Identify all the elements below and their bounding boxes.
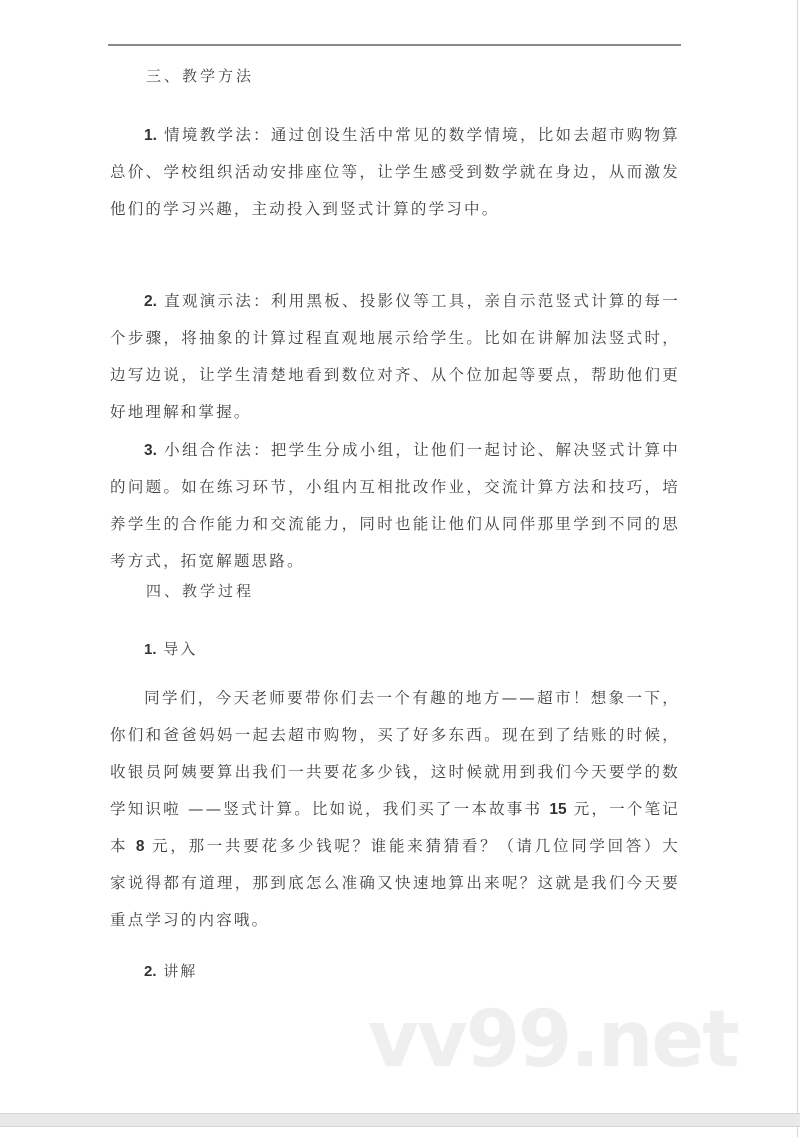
subsection-number: 2.	[144, 963, 157, 980]
subsection-title: 讲解	[163, 962, 197, 980]
method-item-group-work: 3. 小组合作法：把学生分成小组，让他们一起讨论、解决竖式计算中的问题。如在练习…	[110, 432, 680, 580]
item-number: 3.	[144, 442, 157, 459]
price-story-book: 15	[549, 801, 566, 818]
subsection-title: 导入	[163, 640, 197, 658]
header-rule	[108, 44, 681, 46]
next-page-top	[0, 1127, 798, 1137]
item-number: 2.	[144, 293, 157, 310]
watermark: vv99.net	[368, 995, 738, 1085]
method-item-demonstration: 2. 直观演示法：利用黑板、投影仪等工具，亲自示范竖式计算的每一个步骤，将抽象的…	[110, 283, 680, 431]
intro-text-part: 同学们，今天老师要带你们去一个有趣的地方——超市！想象一下，你们和爸爸妈妈一起去…	[110, 689, 680, 818]
subsection-heading-explanation: 2. 讲解	[144, 960, 197, 981]
section-heading-teaching-process: 四、教学过程	[146, 580, 254, 601]
section-heading-teaching-methods: 三、教学方法	[146, 65, 254, 86]
document-page: 三、教学方法 1. 情境教学法：通过创设生活中常见的数学情境，比如去超市购物算总…	[0, 0, 798, 1113]
price-notebook: 8	[136, 838, 145, 855]
subsection-number: 1.	[144, 641, 157, 658]
page-separator	[0, 1113, 800, 1127]
item-text: 直观演示法：利用黑板、投影仪等工具，亲自示范竖式计算的每一个步骤，将抽象的计算过…	[110, 292, 680, 421]
item-number: 1.	[144, 127, 157, 144]
item-text: 情境教学法：通过创设生活中常见的数学情境，比如去超市购物算总价、学校组织活动安排…	[110, 126, 680, 218]
subsection-heading-introduction: 1. 导入	[144, 638, 197, 659]
introduction-paragraph: 同学们，今天老师要带你们去一个有趣的地方——超市！想象一下，你们和爸爸妈妈一起去…	[110, 680, 680, 939]
item-text: 小组合作法：把学生分成小组，让他们一起讨论、解决竖式计算中的问题。如在练习环节，…	[110, 441, 680, 570]
method-item-situational: 1. 情境教学法：通过创设生活中常见的数学情境，比如去超市购物算总价、学校组织活…	[110, 117, 680, 228]
intro-text-part: 元，那一共要花多少钱呢？谁能来猜猜看？（请几位同学回答）大家说得都有道理，那到底…	[110, 837, 680, 929]
